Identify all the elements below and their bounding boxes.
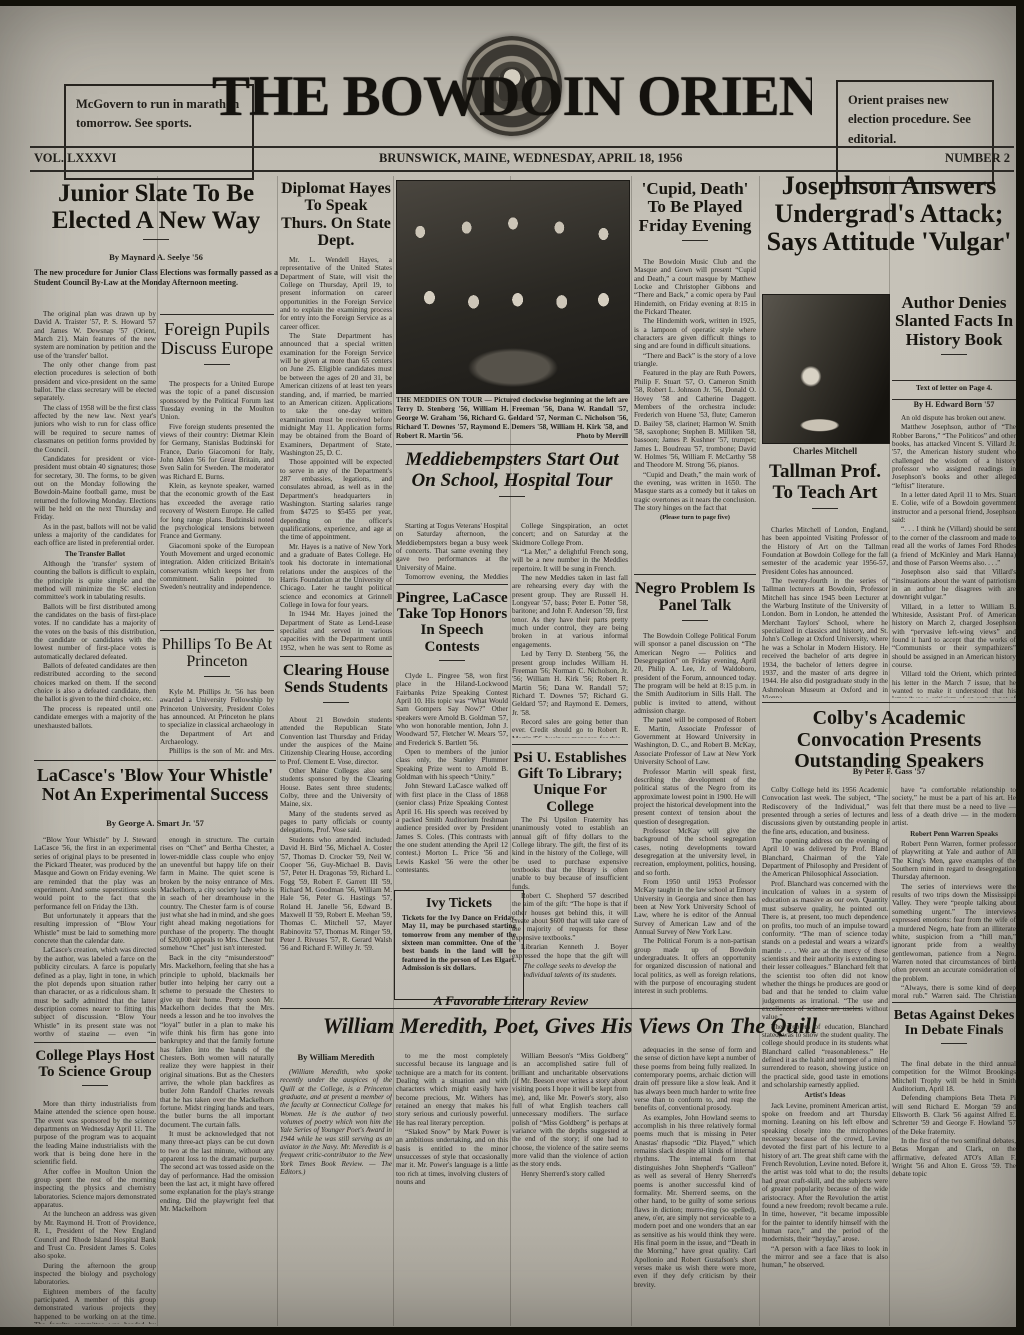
headline-tallman: Tallman Prof. To Teach Art — [762, 462, 888, 520]
byline-meredith: By William Meredith — [280, 1052, 392, 1064]
column-rule — [393, 176, 394, 1326]
paragraph: Mr. L. Wendell Hayes, a representative o… — [280, 256, 392, 331]
paragraph: Record sales are going better than ever.… — [512, 718, 628, 738]
meredith-col4: adequacies in the sense of form and the … — [634, 1046, 756, 1324]
paragraph: “Blow Your Whistle” by J. Steward LaCasc… — [34, 836, 156, 911]
headline-diplomat-hayes: Diplomat Hayes To Speak Thurs. On State … — [280, 180, 392, 250]
headline-colby: Colby's Academic Convocation Presents Ou… — [762, 702, 1016, 768]
paragraph: enough in structure. The curtain rises o… — [160, 836, 274, 953]
headline-negro-panel: Negro Problem Is Panel Talk — [634, 574, 756, 632]
paragraph: The final debate in the third annual com… — [892, 1060, 1016, 1093]
byline-lacasce-review: By George A. Smart Jr. '57 — [34, 818, 276, 830]
paragraph: Mr. Hayes is a native of New York and a … — [280, 543, 392, 610]
article-body-josephson: An old dispute has broken out anew.Matth… — [892, 414, 1016, 698]
paragraph: Villard told the Orient, which printed h… — [892, 670, 1016, 698]
headline-college-plays: College Plays Host To Science Group — [34, 1042, 156, 1100]
subhead: The Transfer Ballot — [34, 550, 156, 558]
paragraph: William Beeson's “Miss Goldberg” is an a… — [512, 1052, 628, 1169]
paragraph: Josephson also said that Villard's “insi… — [892, 568, 1016, 601]
paragraph: “Cupid and Death,” the main work of the … — [634, 471, 756, 513]
paragraph: But unfortunately it appears that the re… — [34, 912, 156, 945]
paragraph: (William Meredith, who spoke recently un… — [280, 1068, 392, 1176]
paragraph: The only other change from past election… — [34, 361, 156, 403]
paragraph: The State Department has announced that … — [280, 332, 392, 457]
paragraph: Five foreign students presented the view… — [160, 423, 274, 481]
paragraph: LaCasce's creation, which was directed b… — [34, 946, 156, 1036]
scan-edge-top — [0, 0, 1024, 6]
paragraph: Led by Terry D. Stenberg '56, the presen… — [512, 650, 628, 717]
paragraph: Many of the students served as pages to … — [280, 810, 392, 835]
headline-lacasce-review: LaCasce's 'Blow Your Whistle' Not An Exp… — [34, 760, 276, 818]
scan-edge-bottom — [0, 1327, 1024, 1335]
paragraph: Henry Sherrerd's story called — [512, 1170, 628, 1178]
paragraph: In a letter dated April 11 to Mrs. Stuar… — [892, 491, 1016, 524]
article-body-psi-u: The Psi Upsilon Fraternity has unanimous… — [512, 816, 628, 960]
mitchell-photo-caption: Charles Mitchell — [762, 446, 888, 458]
lacasce-review-col1: “Blow Your Whistle” by J. Steward LaCasc… — [34, 836, 156, 1036]
paragraph: have “a comfortable relationship to soci… — [892, 786, 1016, 828]
article-body-pingree: Clyde L. Pingree '58, won first place in… — [396, 672, 508, 886]
paragraph: The Political Forum is a non-partisan gr… — [634, 937, 756, 995]
paragraph: Those appointed will be expected to serv… — [280, 458, 392, 541]
paper-title: THE BOWDOIN ORIENT — [212, 64, 812, 144]
headline-meredith-quill: William Meredith, Poet, Gives His Views … — [280, 1008, 860, 1052]
paragraph: Giacomoni spoke of the European Youth Mo… — [160, 542, 274, 592]
paragraph: The class of 1958 will be the first clas… — [34, 404, 156, 454]
paragraph: The process is repeated until one candid… — [34, 705, 156, 730]
masthead-rule-top — [30, 146, 1014, 148]
mitchell-photo — [762, 294, 890, 444]
paragraph: Clyde L. Pingree '58, won first place in… — [396, 672, 508, 747]
article-body-betas-dekes: The final debate in the third annual com… — [892, 1060, 1016, 1324]
paragraph: The Bowdoin College Political Forum will… — [634, 632, 756, 715]
paragraph: Matthew Josephson, author of “The Robber… — [892, 423, 1016, 490]
meddies-photo — [396, 180, 630, 394]
colby-col1: Colby College held its 1956 Academic Con… — [762, 786, 888, 1324]
headline-ivy-tickets: Ivy Tickets — [402, 896, 516, 911]
paragraph: During the afternoon the group inspected… — [34, 1262, 156, 1287]
meredith-intro-note: (William Meredith, who spoke recently un… — [280, 1068, 392, 1324]
meddies-col1: Starting at Togus Veterans' Hospital on … — [396, 522, 508, 580]
ear-right-text: Orient praises new election procedure. S… — [848, 93, 971, 146]
paragraph: Klein, as keynote speaker, warned that t… — [160, 482, 274, 540]
article-body-negro-panel: The Bowdoin College Political Forum will… — [634, 632, 756, 998]
paragraph: “There and Back” is the story of a love … — [634, 352, 756, 369]
paragraph: The Psi Upsilon Fraternity has unanimous… — [512, 816, 628, 891]
paragraph: Starting at Togus Veterans' Hospital on … — [396, 522, 508, 572]
meddies-photo-caption: THE MEDDIES ON TOUR — Pictured clockwise… — [396, 396, 628, 442]
headline-foreign-pupils: Foreign Pupils Discuss Europe — [160, 314, 274, 378]
colby-col2: have “a comfortable relationship to soci… — [892, 786, 1016, 998]
article-body-diplomat-hayes: Mr. L. Wendell Hayes, a representative o… — [280, 256, 392, 652]
headline-pingree-lacasce: Pingree, LaCasce Take Top Honors In Spee… — [396, 584, 508, 672]
paragraph: After coffee in Moulton Union the group … — [34, 1168, 156, 1210]
article-body-junior-slate: The original plan was drawn up by David … — [34, 310, 156, 756]
headline-betas-dekes: Betas Against Dekes In Debate Finals — [892, 1002, 1016, 1060]
paragraph: Phillips is the son of Mr. and Mrs. Kyle… — [160, 747, 274, 754]
paragraph: The twenty-fourth in the series of Tallm… — [762, 577, 888, 698]
paragraph: Jack Levine, prominent American artist, … — [762, 1102, 888, 1244]
scan-edge-right — [1016, 0, 1024, 1335]
paragraph: An old dispute has broken out anew. — [892, 414, 1016, 422]
paragraph: Students who attended included: David H.… — [280, 836, 392, 953]
headline-phillips: Phillips To Be At Princeton — [160, 630, 274, 688]
paragraph: The opening address on the evening of Ap… — [762, 837, 888, 879]
photo-credit: Photo by Merrill — [577, 432, 629, 441]
paragraph: The Bowdoin Music Club and the Masque an… — [634, 258, 756, 316]
paragraph: Open to members of the junior class only… — [396, 748, 508, 781]
article-body-clearing-house: About 21 Bowdoin students attended the R… — [280, 716, 392, 998]
ivy-tickets-box: Ivy Tickets Tickets for the Ivy Dance on… — [394, 890, 524, 1000]
paragraph: Featured in the play are Ruth Powers, Ph… — [634, 369, 756, 469]
paragraph: to me the most completely successful bec… — [396, 1052, 508, 1127]
paragraph: Villard, in a letter to William B. White… — [892, 603, 1016, 670]
headline-junior-slate: Junior Slate To Be Elected A New Way — [34, 180, 278, 248]
subhead: Artist's Ideas — [762, 1091, 888, 1099]
paragraph: The original plan was drawn up by David … — [34, 310, 156, 360]
headline-cupid-death: 'Cupid, Death' To Be Played Friday Eveni… — [634, 180, 756, 252]
paragraph: The Hindemith work, written in 1925, is … — [634, 317, 756, 350]
meddies-col2: College Singspiration, an octet concert;… — [512, 522, 628, 738]
ivy-tickets-text: Tickets for the Ivy Dance on Friday, May… — [402, 914, 516, 972]
paragraph: Ballots will be first distributed among … — [34, 603, 156, 661]
paragraph: adequacies in the sense of form and the … — [634, 1046, 756, 1113]
paragraph: College Singspiration, an octet concert;… — [512, 522, 628, 547]
paragraph: “Slaked Snow” by Mark Power is an ambiti… — [396, 1128, 508, 1186]
paragraph: Librarian Kenneth J. Boyer expressed the… — [512, 943, 628, 960]
paragraph: From 1950 until 1953 Professor McKay tau… — [634, 878, 756, 936]
paragraph: The new Meddies taken in last fall are r… — [512, 574, 628, 649]
paragraph: Defending champions Beta Theta Pi will s… — [892, 1094, 1016, 1136]
column-rule — [759, 176, 760, 1326]
paragraph: Ballots of defeated candidates are then … — [34, 662, 156, 704]
meredith-col2: to me the most completely successful bec… — [396, 1052, 508, 1324]
paragraph: At the luncheon an address was given by … — [34, 1210, 156, 1260]
dateline-row: VOL. LXXXVI BRUNSWICK, MAINE, WEDNESDAY,… — [34, 151, 1010, 168]
ear-box-right: Orient praises new election procedure. S… — [836, 80, 994, 184]
paragraph: Colby College held its 1956 Academic Con… — [762, 786, 888, 836]
headline-josephson: Josephson Answers Undergrad's Attack; Sa… — [762, 172, 1016, 288]
psi-u-tagline: The college seeks to develop the individ… — [512, 962, 628, 990]
column-rule — [631, 176, 632, 1326]
paragraph: “A person with a face likes to look in t… — [762, 1245, 888, 1270]
paragraph: Other Maine Colleges also sent students … — [280, 767, 392, 809]
byline-josephson: By H. Edward Born '57 — [892, 400, 1016, 411]
article-body-foreign-pupils: The prospects for a United Europe was th… — [160, 380, 274, 624]
headline-psi-u: Psi U. Establishes Gift To Library; Uniq… — [512, 744, 628, 816]
dateline-text: BRUNSWICK, MAINE, WEDNESDAY, APRIL 18, 1… — [379, 151, 682, 168]
paragraph: The series of interviews were the result… — [892, 883, 1016, 983]
paragraph: In the first of the two semifinal debate… — [892, 1137, 1016, 1179]
paragraph: Prof. Blanchard was concerned with the i… — [762, 880, 888, 1022]
letter-note: Text of letter on Page 4. — [892, 380, 1016, 400]
paragraph: Kyle M. Phillips Jr. '56 has been awarde… — [160, 688, 274, 746]
paragraph: About 21 Bowdoin students attended the R… — [280, 716, 392, 766]
paragraph: John Steward LaCasce walked off with fir… — [396, 782, 508, 874]
paragraph: As in the past, ballots will not be vali… — [34, 523, 156, 548]
paragraph: In 1944 Mr. Hayes joined the Department … — [280, 610, 392, 652]
turnline: (Please turn to page five) — [634, 514, 756, 522]
paragraph: Eighteen members of the faculty particip… — [34, 1288, 156, 1324]
paragraph: “Always, there is some kind of deep mora… — [892, 984, 1016, 998]
paragraph: The panel will be composed of Robert E. … — [634, 716, 756, 766]
column-rule — [277, 176, 278, 1326]
byline-colby: By Peter F. Gass '57 — [762, 766, 1016, 779]
article-body-college-plays: More than thirty industrialists from Mai… — [34, 1100, 156, 1324]
lead-junior-slate: The new procedure for Junior Class Elect… — [34, 268, 278, 306]
article-body-tallman: Charles Mitchell of London, England, has… — [762, 526, 888, 698]
article-body-cupid-death: The Bowdoin Music Club and the Masque an… — [634, 258, 756, 570]
paragraph: Although the 'transfer' system of counti… — [34, 560, 156, 602]
byline-junior-slate: By Maynard A. Seelye '56 — [34, 252, 278, 264]
paragraph: More than thirty industrialists from Mai… — [34, 1100, 156, 1167]
paragraph: As examples, John Howland seems to accom… — [634, 1114, 756, 1289]
article-body-phillips: Kyle M. Phillips Jr. '56 has been awarde… — [160, 688, 274, 754]
paragraph: Professor Martin will speak first, descr… — [634, 768, 756, 826]
newspaper-front-page: McGovern to run in marathon tomorrow. Se… — [0, 0, 1024, 1335]
paragraph: “La Mer,” a delightful French song, will… — [512, 548, 628, 573]
paragraph: Candidates for president or vice-preside… — [34, 455, 156, 522]
lacasce-review-col2: enough in structure. The curtain rises o… — [160, 836, 274, 1324]
meredith-col3: William Beeson's “Miss Goldberg” is an a… — [512, 1052, 628, 1324]
paragraph: Professor McKay will give the background… — [634, 827, 756, 877]
paragraph: “. . . I think he (Villard) should be se… — [892, 525, 1016, 567]
headline-author-denies: Author Denies Slanted Facts In History B… — [892, 294, 1016, 374]
paragraph: Back in the city “misunderstood” Mrs. Ma… — [160, 954, 274, 1129]
paragraph: The prospects for a United Europe was th… — [160, 380, 274, 422]
paragraph: Robert Penn Warren, former professor of … — [892, 840, 1016, 882]
paragraph: It must be acknowledged that not many th… — [160, 1130, 274, 1213]
paragraph: Tomorrow evening, the Meddies will sing … — [396, 573, 508, 580]
headline-clearing-house: Clearing House Sends Students — [280, 656, 392, 716]
subhead: Robert Penn Warren Speaks — [892, 830, 1016, 838]
issue-number: NUMBER 2 — [945, 151, 1010, 168]
volume-label: VOL. LXXXVI — [34, 151, 116, 168]
column-rule — [157, 176, 158, 1326]
paragraph: Charles Mitchell of London, England, has… — [762, 526, 888, 576]
headline-meddiebempsters: Meddiebempsters Start Out On School, Hos… — [396, 444, 628, 522]
paragraph: Robert C. Shepherd '57 described the aim… — [512, 892, 628, 942]
